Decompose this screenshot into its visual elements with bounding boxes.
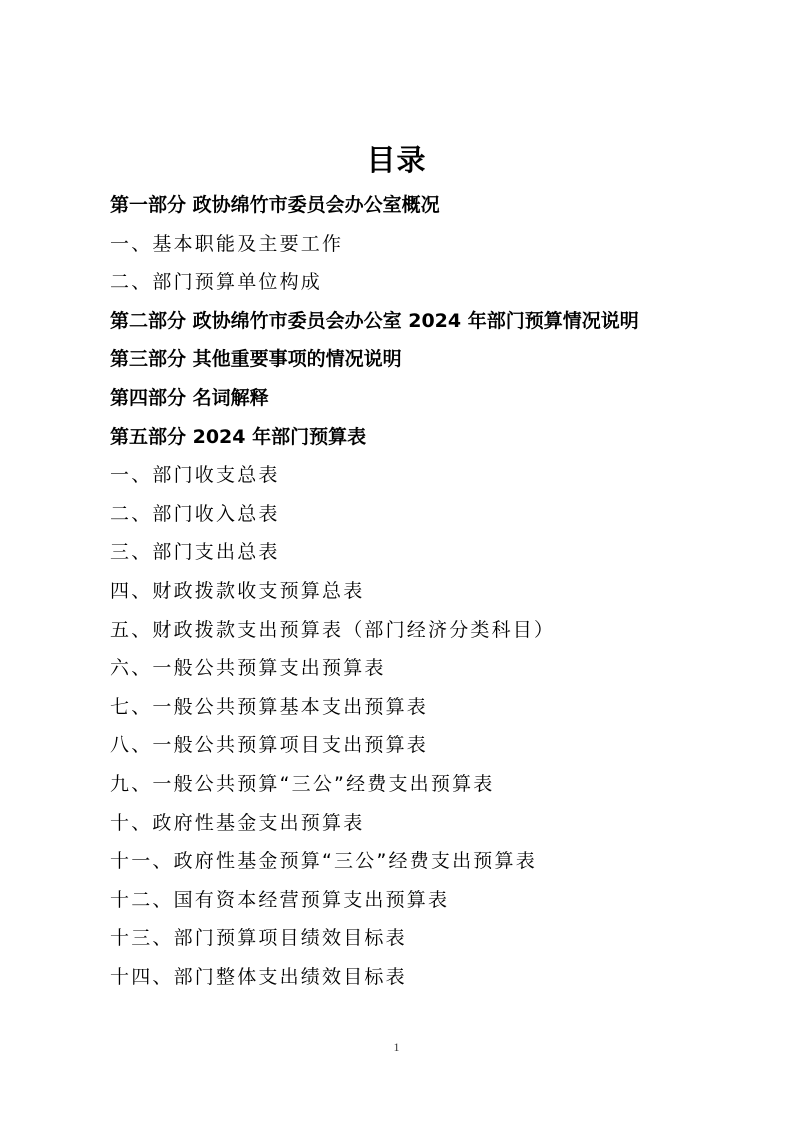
toc-item: 十、政府性基金支出预算表 [110, 804, 639, 843]
toc-item: 四、财政拨款收支预算总表 [110, 572, 639, 611]
toc-part-2: 第二部分 政协绵竹市委员会办公室 2024 年部门预算情况说明 [110, 302, 639, 341]
toc-part-1: 第一部分 政协绵竹市委员会办公室概况 [110, 186, 639, 225]
toc-item: 五、财政拨款支出预算表（部门经济分类科目） [110, 611, 639, 650]
toc-item: 六、一般公共预算支出预算表 [110, 649, 639, 688]
toc-item: 八、一般公共预算项目支出预算表 [110, 726, 639, 765]
toc-item: 十三、部门预算项目绩效目标表 [110, 919, 639, 958]
toc-item: 一、基本职能及主要工作 [110, 225, 639, 264]
page-title: 目录 [0, 142, 793, 178]
toc-part-3: 第三部分 其他重要事项的情况说明 [110, 340, 639, 379]
toc-item: 二、部门预算单位构成 [110, 263, 639, 302]
toc-part-4: 第四部分 名词解释 [110, 379, 639, 418]
toc-part-5: 第五部分 2024 年部门预算表 [110, 418, 639, 457]
toc-item: 十四、部门整体支出绩效目标表 [110, 958, 639, 997]
table-of-contents: 第一部分 政协绵竹市委员会办公室概况 一、基本职能及主要工作 二、部门预算单位构… [110, 186, 639, 996]
toc-item: 十二、国有资本经营预算支出预算表 [110, 881, 639, 920]
page-number: 1 [0, 1040, 793, 1055]
toc-item: 十一、政府性基金预算“三公”经费支出预算表 [110, 842, 639, 881]
toc-item: 七、一般公共预算基本支出预算表 [110, 688, 639, 727]
toc-item: 二、部门收入总表 [110, 495, 639, 534]
toc-item: 一、部门收支总表 [110, 456, 639, 495]
toc-item: 三、部门支出总表 [110, 533, 639, 572]
toc-item: 九、一般公共预算“三公”经费支出预算表 [110, 765, 639, 804]
